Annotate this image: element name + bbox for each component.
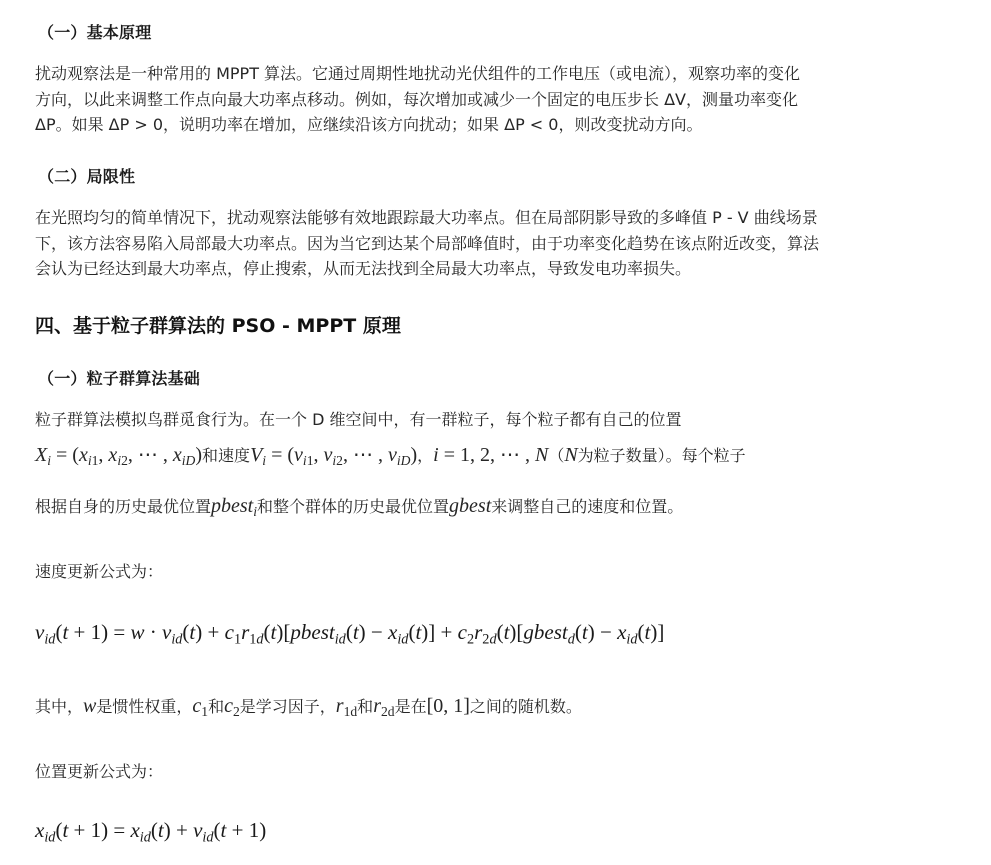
heading-basic-principle: （一）基本原理 [38, 20, 151, 43]
text-segment: 是惯性权重， [96, 697, 192, 716]
section-title-pso-mppt: 四、基于粒子群算法的 PSO - MPPT 原理 [35, 311, 401, 338]
position-vector-formula: Xi = (xi1, xi2, ⋯ , xiD) [35, 444, 202, 466]
heading-limitation: （二）局限性 [38, 164, 135, 187]
and-velocity-text: 和速度 [202, 446, 250, 465]
pso-intro-line-1: 粒子群算法模拟鸟群觅食行为。在一个 D 维空间中，有一群粒子，每个粒子都有自己的… [35, 407, 975, 433]
note-open: （ [548, 446, 564, 465]
pbest-symbol: pbesti [211, 495, 257, 517]
pso-intro-line-3: 根据自身的历史最优位置pbesti和整个群体的历史最优位置gbest来调整自己的… [35, 494, 975, 520]
text-segment: 是学习因子， [240, 697, 336, 716]
text-line: 在光照均匀的简单情况下，扰动观察法能够有效地跟踪最大功率点。但在局部阴影导致的多… [35, 205, 975, 231]
text-segment: 根据自身的历史最优位置 [35, 497, 211, 516]
text-segment: 和整个群体的历史最优位置 [257, 497, 449, 516]
text-segment: 和 [208, 697, 224, 716]
r2d-symbol: r2d [373, 695, 394, 717]
gbest-symbol: gbest [449, 495, 491, 517]
pso-intro-line-2: Xi = (xi1, xi2, ⋯ , xiD)和速度Vi = (vi1, vi… [35, 443, 975, 469]
parameter-description: 其中，w是惯性权重，c1和c2是学习因子，r1d和r2d是在[0, 1]之间的随… [35, 694, 975, 720]
separator: ， [417, 446, 433, 465]
text-line: 方向，以此来调整工作点向最大功率点移动。例如，每次增加或减少一个固定的电压步长 … [35, 87, 975, 113]
text-line: 会认为已经达到最大功率点，停止搜索，从而无法找到全局最大功率点，导致发电功率损失… [35, 256, 975, 282]
velocity-update-label: 速度更新公式为： [35, 559, 975, 585]
velocity-vector-formula: Vi = (vi1, vi2, ⋯ , viD) [250, 444, 417, 466]
note-variable-N: N [564, 444, 577, 466]
text-segment: 之间的随机数。 [470, 697, 582, 716]
c2-symbol: c2 [224, 695, 240, 717]
index-range-formula: i = 1, 2, ⋯ , N [433, 444, 548, 466]
text-segment: 和 [357, 697, 373, 716]
heading-pso-basics: （一）粒子群算法基础 [38, 366, 200, 389]
text-line: ΔP。如果 ΔP > 0，说明功率在增加，应继续沿该方向扰动；如果 ΔP < 0… [35, 112, 975, 138]
text-segment: 是在 [395, 697, 427, 716]
w-symbol: w [83, 695, 96, 717]
text-line: 下，该方法容易陷入局部最大功率点。因为当它到达某个局部峰值时，由于功率变化趋势在… [35, 231, 975, 257]
r1d-symbol: r1d [336, 695, 357, 717]
text-segment: 来调整自己的速度和位置。 [491, 497, 683, 516]
paragraph-limitation: 在光照均匀的简单情况下，扰动观察法能够有效地跟踪最大功率点。但在局部阴影导致的多… [35, 205, 975, 282]
velocity-update-formula: vid(t + 1) = w · vid(t) + c1r1d(t)[pbest… [35, 620, 664, 645]
text-segment: 其中， [35, 697, 83, 716]
c1-symbol: c1 [192, 695, 208, 717]
position-update-formula: xid(t + 1) = xid(t) + vid(t + 1) [35, 818, 266, 843]
position-update-label: 位置更新公式为： [35, 759, 975, 785]
note-text: 为粒子数量）。每个粒子 [578, 446, 746, 465]
interval-symbol: [0, 1] [427, 695, 470, 717]
paragraph-basic-principle: 扰动观察法是一种常用的 MPPT 算法。它通过周期性地扰动光伏组件的工作电压（或… [35, 61, 975, 138]
text-line: 扰动观察法是一种常用的 MPPT 算法。它通过周期性地扰动光伏组件的工作电压（或… [35, 61, 975, 87]
